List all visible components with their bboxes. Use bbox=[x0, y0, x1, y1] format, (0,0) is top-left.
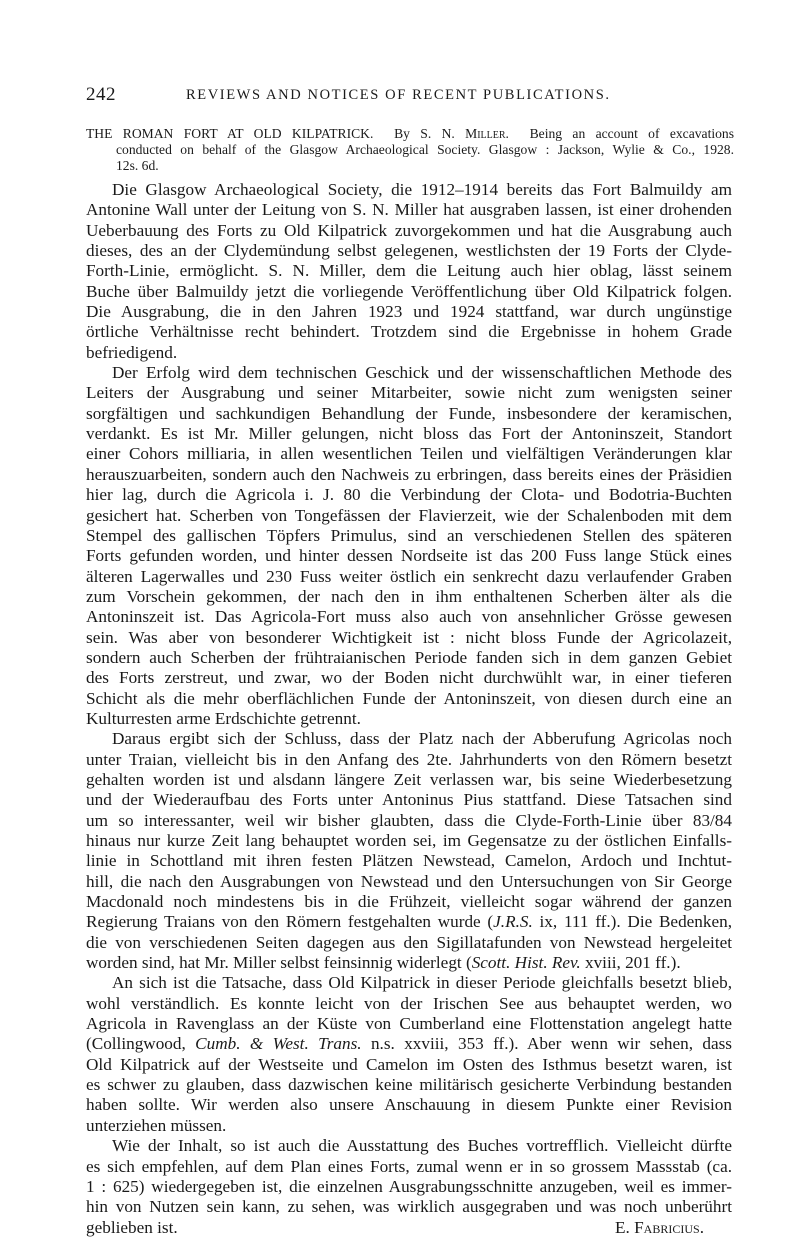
text-line: um so interessanter, weil wir bisher gla… bbox=[86, 811, 732, 831]
text-line: zum Vorschein gekommen, der nach den in … bbox=[86, 587, 732, 607]
paragraph-5: Wie der Inhalt, so ist auch die Ausstatt… bbox=[86, 1136, 732, 1238]
citation-scott-hist-rev: Scott. Hist. Rev. bbox=[472, 953, 581, 972]
running-head-title: REVIEWS AND NOTICES OF RECENT PUBLICATIO… bbox=[186, 87, 611, 104]
text-line: hin von Nutzen sein kann, zu sehen, was … bbox=[86, 1197, 732, 1217]
text-line: verdankt. Es ist Mr. Miller gelungen, ni… bbox=[86, 424, 732, 444]
page-number: 242 bbox=[86, 84, 116, 106]
text-line: Der Erfolg wird dem technischen Geschick… bbox=[86, 363, 732, 383]
text-line: Stempel des gallischen Töpfers Primulus,… bbox=[86, 526, 732, 546]
text-line: des Forts zerstreut, und zwar, wo der Bo… bbox=[86, 668, 732, 688]
citation-jrs: J.R.S. bbox=[493, 912, 533, 931]
citation-cumb-west-trans: Cumb. & West. Trans. bbox=[195, 1034, 361, 1053]
text-line: hier lag, durch die Agricola i. J. 80 di… bbox=[86, 485, 732, 505]
text-line: An sich ist die Tatsache, dass Old Kilpa… bbox=[86, 973, 732, 993]
review-heading-line-1: THE ROMAN FORT AT OLD KILPATRICK. By S. … bbox=[86, 126, 734, 142]
text-line: hinaus nur kurze Zeit lang behauptet wor… bbox=[86, 831, 732, 851]
text-line: sein. Was aber von besonderer Wichtigkei… bbox=[86, 628, 732, 648]
text-line: geblieben ist.E. Fabricius. bbox=[86, 1218, 732, 1238]
text-line: dieses, des an der Clydemündung selbst g… bbox=[86, 241, 732, 261]
book-author: S. N. Miller. bbox=[420, 126, 509, 141]
review-heading-line-2: conducted on behalf of the Glasgow Archa… bbox=[86, 142, 734, 158]
text-line: es schwer zu glauben, dass dazwischen ke… bbox=[86, 1075, 732, 1095]
document-page: 242 REVIEWS AND NOTICES OF RECENT PUBLIC… bbox=[0, 0, 800, 1253]
text-line: Antonine Wall unter der Leitung von S. N… bbox=[86, 200, 732, 220]
reviewer-signature: E. Fabricius. bbox=[615, 1218, 704, 1238]
book-description: Being an account of excavations bbox=[530, 126, 734, 141]
text-line: gehalten worden ist und alsdann längere … bbox=[86, 770, 732, 790]
running-head: 242 REVIEWS AND NOTICES OF RECENT PUBLIC… bbox=[86, 84, 732, 108]
text-line: Buche über Balmuildy jetzt die vorliegen… bbox=[86, 282, 732, 302]
text-line: es sich empfehlen, auf dem Plan eines Fo… bbox=[86, 1157, 732, 1177]
text-line: 1 : 625) wiedergegeben ist, die einzelne… bbox=[86, 1177, 732, 1197]
text-line: die von verschiedenen Seiten dagegen aus… bbox=[86, 933, 732, 953]
text-line: Die Ausgrabung, die in den Jahren 1923 u… bbox=[86, 302, 732, 322]
text-line: Macdonald noch mindestens bis in die Frü… bbox=[86, 892, 732, 912]
review-heading: THE ROMAN FORT AT OLD KILPATRICK. By S. … bbox=[86, 126, 734, 175]
text-line: Agricola in Ravenglass an der Küste von … bbox=[86, 1014, 732, 1034]
book-title: THE ROMAN FORT AT OLD KILPATRICK. bbox=[86, 126, 373, 141]
text-line: linie in Schottland mit ihren festen Plä… bbox=[86, 851, 732, 871]
text-line: haben sollte. Wir werden also unsere Ans… bbox=[86, 1095, 732, 1115]
text-line: Forts gefunden worden, und hinter dessen… bbox=[86, 546, 732, 566]
text-line: Old Kilpatrick auf der Westseite und Cam… bbox=[86, 1055, 732, 1075]
text-line: Die Glasgow Archaeological Society, die … bbox=[86, 180, 732, 200]
paragraph-2: Der Erfolg wird dem technischen Geschick… bbox=[86, 363, 732, 729]
text-line: Forth-Linie, ermöglicht. S. N. Miller, d… bbox=[86, 261, 732, 281]
text-line: Daraus ergibt sich der Schluss, dass der… bbox=[86, 729, 732, 749]
paragraph-1: Die Glasgow Archaeological Society, die … bbox=[86, 180, 732, 363]
text-line: Kulturresten arme Erdschichte getrennt. bbox=[86, 709, 732, 729]
text-line: einer Cohors milliaria, in allen wesentl… bbox=[86, 444, 732, 464]
text-line: Leiters der Ausgrabung und seiner Mitarb… bbox=[86, 383, 732, 403]
text-line: Ueberbauung des Forts zu Old Kilpatrick … bbox=[86, 221, 732, 241]
paragraph-4: An sich ist die Tatsache, dass Old Kilpa… bbox=[86, 973, 732, 1136]
text-line: wohl verständlich. Es konnte leicht von … bbox=[86, 994, 732, 1014]
text-line: Wie der Inhalt, so ist auch die Ausstatt… bbox=[86, 1136, 732, 1156]
text-line: und der Wiederaufbau des Forts unter Ant… bbox=[86, 790, 732, 810]
text-line: Schicht als die mehr oberflächlichen Fun… bbox=[86, 689, 732, 709]
text-line: Antoninszeit ist. Das Agricola-Fort muss… bbox=[86, 607, 732, 627]
review-body: Die Glasgow Archaeological Society, die … bbox=[86, 180, 732, 1238]
paragraph-3: Daraus ergibt sich der Schluss, dass der… bbox=[86, 729, 732, 973]
text-line: hill, die nach den Ausgrabungen von News… bbox=[86, 872, 732, 892]
text-line: unter Traian, vielleicht bis in den Anfa… bbox=[86, 750, 732, 770]
text-line: befriedigend. bbox=[86, 343, 732, 363]
text-line: herauszuarbeiten, sondern auch den Nachw… bbox=[86, 465, 732, 485]
text-line: (Collingwood, Cumb. & West. Trans. n.s. … bbox=[86, 1034, 732, 1054]
text-line: gesichert hat. Scherben von Tongefässen … bbox=[86, 506, 732, 526]
text-line: örtliche Verhältnisse recht behindert. T… bbox=[86, 322, 732, 342]
text-line: Regierung Traians von den Römern festgeh… bbox=[86, 912, 732, 932]
text-line: sondern auch Scherben der frühtraianisch… bbox=[86, 648, 732, 668]
text-line: älteren Lagerwalles und 230 Fuss weiter … bbox=[86, 567, 732, 587]
text-line: sorgfältigen und sachkundigen Behandlung… bbox=[86, 404, 732, 424]
book-price: 12s. 6d. bbox=[86, 158, 734, 174]
text-line: worden sind, hat Mr. Miller selbst feins… bbox=[86, 953, 732, 973]
text-line: unterziehen müssen. bbox=[86, 1116, 732, 1136]
